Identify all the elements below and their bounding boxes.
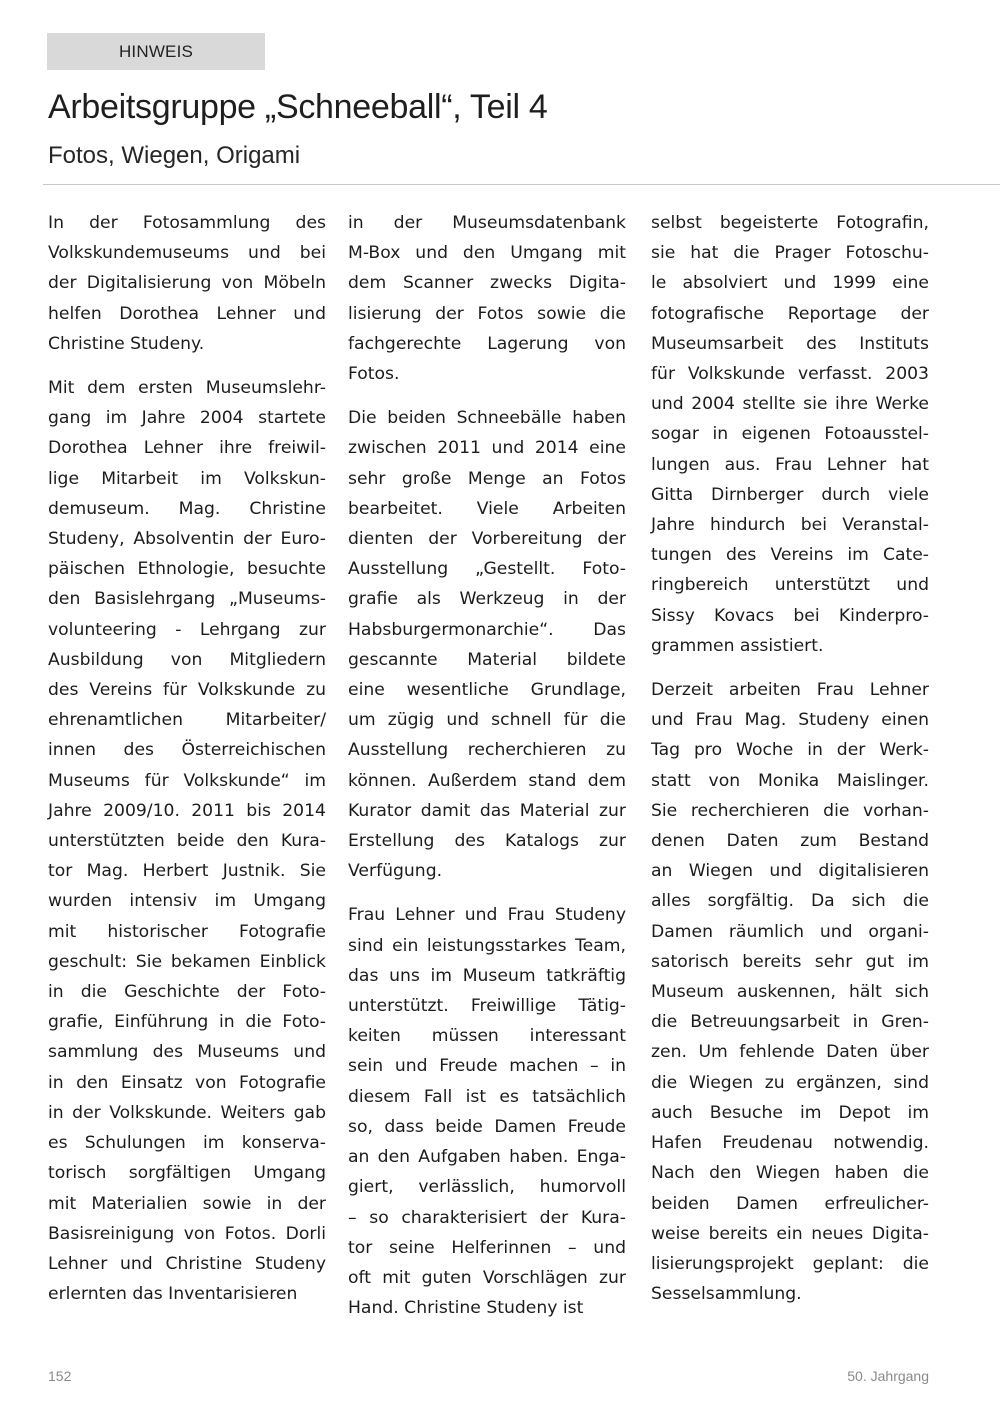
text-line: Volkskundemuseums und bei xyxy=(48,238,326,268)
text-line: innen des Österreichischen xyxy=(48,735,326,765)
text-line: diesem Fall ist es tatsächlich xyxy=(348,1082,626,1112)
text-line: lisierungsprojekt geplant: die xyxy=(651,1249,929,1279)
article-title: Arbeitsgruppe „Schneeball“, Teil 4 xyxy=(48,88,547,127)
text-line: die Wiegen zu ergänzen, sind xyxy=(651,1068,929,1098)
text-line: Ausstellung „Gestellt. Foto- xyxy=(348,554,626,584)
text-line: der Digitalisierung von Möbeln xyxy=(48,268,326,298)
text-line: sammlung des Museums und xyxy=(48,1037,326,1067)
paragraph: Die beiden Schneebälle habenzwischen 201… xyxy=(348,403,626,886)
text-line: unterstützt. Freiwillige Tätig- xyxy=(348,991,626,1021)
text-line: selbst begeisterte Fotografin, xyxy=(651,208,929,238)
text-line: bearbeitet. Viele Arbeiten xyxy=(348,494,626,524)
text-line: Dorothea Lehner ihre freiwil- xyxy=(48,433,326,463)
text-line: erlernten das Inventarisieren xyxy=(48,1279,326,1309)
paragraph: in der MuseumsdatenbankM-Box und den Umg… xyxy=(348,208,626,389)
text-line: lige Mitarbeit im Volkskun- xyxy=(48,464,326,494)
text-line: denen Daten zum Bestand xyxy=(651,826,929,856)
text-line: den Basislehrgang „Museums- xyxy=(48,584,326,614)
text-line: keiten müssen interessant xyxy=(348,1021,626,1051)
text-line: dienten der Vorbereitung der xyxy=(348,524,626,554)
text-line: lungen aus. Frau Lehner hat xyxy=(651,450,929,480)
text-line: auch Besuche im Depot im xyxy=(651,1098,929,1128)
text-line: und 2004 stellte sie ihre Werke xyxy=(651,389,929,419)
text-line: Frau Lehner und Frau Studeny xyxy=(348,900,626,930)
text-line: helfen Dorothea Lehner und xyxy=(48,299,326,329)
text-line: Sesselsammlung. xyxy=(651,1279,929,1309)
paragraph: selbst begeisterte Fotografin,sie hat di… xyxy=(651,208,929,661)
section-tag: HINWEIS xyxy=(47,33,265,70)
text-line: Basisreinigung von Fotos. Dorli xyxy=(48,1219,326,1249)
text-line: ehrenamtlichen Mitarbeiter/ xyxy=(48,705,326,735)
text-line: statt von Monika Maislinger. xyxy=(651,766,929,796)
text-line: Kurator damit das Material zur xyxy=(348,796,626,826)
text-line: Die beiden Schneebälle haben xyxy=(348,403,626,433)
section-tag-label: HINWEIS xyxy=(119,42,193,62)
paragraph: Frau Lehner und Frau Studenysind ein lei… xyxy=(348,900,626,1323)
text-line: Studeny, Absolventin der Euro- xyxy=(48,524,326,554)
text-line: Museumsarbeit des Instituts xyxy=(651,329,929,359)
text-line: alles sorgfältig. Da sich die xyxy=(651,886,929,916)
text-line: Ausbildung von Mitgliedern xyxy=(48,645,326,675)
text-line: ringbereich unterstützt und xyxy=(651,570,929,600)
text-line: demuseum. Mag. Christine xyxy=(48,494,326,524)
text-line: Jahre hindurch bei Veranstal- xyxy=(651,510,929,540)
text-line: fotografische Reportage der xyxy=(651,299,929,329)
text-line: Jahre 2009/10. 2011 bis 2014 xyxy=(48,796,326,826)
text-line: grafie als Werkzeug in der xyxy=(348,584,626,614)
text-line: sogar in eigenen Fotoausstel- xyxy=(651,419,929,449)
text-line: grafie, Einführung in die Foto- xyxy=(48,1007,326,1037)
text-line: Sie recherchieren die vorhan- xyxy=(651,796,929,826)
text-line: beiden Damen erfreulicher- xyxy=(651,1189,929,1219)
text-line: sind ein leistungsstarkes Team, xyxy=(348,931,626,961)
text-line: päischen Ethnologie, besuchte xyxy=(48,554,326,584)
text-line: Habsburgermonarchie“. Das xyxy=(348,615,626,645)
volume-label: 50. Jahrgang xyxy=(847,1368,929,1384)
text-line: tor Mag. Herbert Justnik. Sie xyxy=(48,856,326,886)
text-line: oft mit guten Vorschlägen zur xyxy=(348,1263,626,1293)
text-line: – so charakterisiert der Kura- xyxy=(348,1203,626,1233)
text-line: Christine Studeny. xyxy=(48,329,326,359)
text-line: M-Box und den Umgang mit xyxy=(348,238,626,268)
text-line: in den Einsatz von Fotografie xyxy=(48,1068,326,1098)
text-line: Erstellung des Katalogs zur xyxy=(348,826,626,856)
text-line: satorisch bereits sehr gut im xyxy=(651,947,929,977)
text-line: sie hat die Prager Fotoschu- xyxy=(651,238,929,268)
text-line: an den Aufgaben haben. Enga- xyxy=(348,1142,626,1172)
text-line: für Volkskunde verfasst. 2003 xyxy=(651,359,929,389)
text-line: tor seine Helferinnen – und xyxy=(348,1233,626,1263)
paragraph: Derzeit arbeiten Frau Lehnerund Frau Mag… xyxy=(651,675,929,1309)
text-line: Hafen Freudenau notwendig. xyxy=(651,1128,929,1158)
text-line: giert, verlässlich, humorvoll xyxy=(348,1172,626,1202)
text-line: weise bereits ein neues Digita- xyxy=(651,1219,929,1249)
text-column-3: selbst begeisterte Fotografin,sie hat di… xyxy=(651,208,929,1323)
text-line: le absolviert und 1999 eine xyxy=(651,268,929,298)
header-divider xyxy=(43,184,1000,185)
text-line: Tag pro Woche in der Werk- xyxy=(651,735,929,765)
text-line: das uns im Museum tatkräftig xyxy=(348,961,626,991)
text-line: mit historischer Fotografie xyxy=(48,917,326,947)
text-line: Hand. Christine Studeny ist xyxy=(348,1293,626,1323)
text-line: Museum auskennen, hält sich xyxy=(651,977,929,1007)
text-line: die Betreuungsarbeit in Gren- xyxy=(651,1007,929,1037)
text-column-2: in der MuseumsdatenbankM-Box und den Umg… xyxy=(348,208,626,1337)
text-line: fachgerechte Lagerung von xyxy=(348,329,626,359)
article-subtitle: Fotos, Wiegen, Origami xyxy=(48,142,300,170)
text-column-1: In der Fotosammlung desVolkskundemuseums… xyxy=(48,208,326,1323)
text-line: Museums für Volkskunde“ im xyxy=(48,766,326,796)
text-line: des Vereins für Volkskunde zu xyxy=(48,675,326,705)
text-line: tungen des Vereins im Cate- xyxy=(651,540,929,570)
text-line: zen. Um fehlende Daten über xyxy=(651,1037,929,1067)
text-line: an Wiegen und digitalisieren xyxy=(651,856,929,886)
text-line: in der Volkskunde. Weiters gab xyxy=(48,1098,326,1128)
text-line: Mit dem ersten Museumslehr- xyxy=(48,373,326,403)
text-line: volunteering - Lehrgang zur xyxy=(48,615,326,645)
text-line: es Schulungen im konserva- xyxy=(48,1128,326,1158)
text-line: sein und Freude machen – in xyxy=(348,1051,626,1081)
text-line: sehr große Menge an Fotos xyxy=(348,464,626,494)
text-line: gescannte Material bildete xyxy=(348,645,626,675)
page-number: 152 xyxy=(48,1368,71,1384)
text-line: um zügig und schnell für die xyxy=(348,705,626,735)
text-line: Lehner und Christine Studeny xyxy=(48,1249,326,1279)
text-line: und Frau Mag. Studeny einen xyxy=(651,705,929,735)
text-line: grammen assistiert. xyxy=(651,631,929,661)
text-line: in der Museumsdatenbank xyxy=(348,208,626,238)
text-line: In der Fotosammlung des xyxy=(48,208,326,238)
text-line: wurden intensiv im Umgang xyxy=(48,886,326,916)
text-line: zwischen 2011 und 2014 eine xyxy=(348,433,626,463)
text-line: so, dass beide Damen Freude xyxy=(348,1112,626,1142)
text-line: Derzeit arbeiten Frau Lehner xyxy=(651,675,929,705)
text-line: mit Materialien sowie in der xyxy=(48,1189,326,1219)
text-line: Ausstellung recherchieren zu xyxy=(348,735,626,765)
text-line: Damen räumlich und organi- xyxy=(651,917,929,947)
text-line: Gitta Dirnberger durch viele xyxy=(651,480,929,510)
text-line: gang im Jahre 2004 startete xyxy=(48,403,326,433)
text-line: eine wesentliche Grundlage, xyxy=(348,675,626,705)
text-line: unterstützten beide den Kura- xyxy=(48,826,326,856)
paragraph: Mit dem ersten Museumslehr-gang im Jahre… xyxy=(48,373,326,1309)
text-line: Nach den Wiegen haben die xyxy=(651,1158,929,1188)
text-line: in die Geschichte der Foto- xyxy=(48,977,326,1007)
text-line: Verfügung. xyxy=(348,856,626,886)
text-line: können. Außerdem stand dem xyxy=(348,766,626,796)
text-line: geschult: Sie bekamen Einblick xyxy=(48,947,326,977)
paragraph: In der Fotosammlung desVolkskundemuseums… xyxy=(48,208,326,359)
text-line: Fotos. xyxy=(348,359,626,389)
text-line: Sissy Kovacs bei Kinderpro- xyxy=(651,601,929,631)
text-line: torisch sorgfältigen Umgang xyxy=(48,1158,326,1188)
text-line: dem Scanner zwecks Digita- xyxy=(348,268,626,298)
text-line: lisierung der Fotos sowie die xyxy=(348,299,626,329)
